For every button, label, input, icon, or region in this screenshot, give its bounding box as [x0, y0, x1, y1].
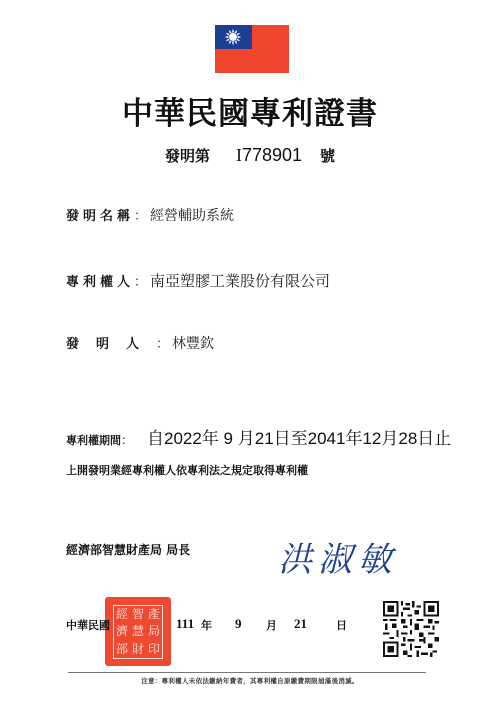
inventor-value: 林豐欽: [172, 333, 214, 353]
footer-note: 注意：專利權人未依法繳納年費者，其專利權自原繳費期限屆滿後消滅。: [0, 676, 500, 685]
issue-date-day: 21: [294, 616, 307, 632]
flag-canton: [215, 25, 252, 49]
issue-date-year: 111: [176, 616, 194, 632]
patent-term-colon: ：: [121, 431, 133, 448]
seal-char: 部: [114, 641, 130, 658]
issue-date: 中華民國 111 年 9 月 21 日: [66, 617, 366, 635]
seal-char: 財: [130, 641, 146, 658]
issue-date-month-label: 月: [266, 617, 277, 633]
white-sun-icon: [224, 28, 242, 46]
patentee-colon: ：: [134, 271, 147, 290]
director-signature: 洪淑敏: [278, 532, 398, 581]
patentee-value: 南亞塑膠工業股份有限公司: [150, 270, 330, 291]
patent-term-label: 專利權期間: [66, 432, 121, 448]
patent-number-digits: 778901: [242, 145, 302, 165]
patent-number-suffix: 號: [320, 147, 335, 165]
patent-number-value: I778901: [236, 145, 302, 165]
invention-name-label: 發明名稱: [66, 205, 134, 224]
footer-divider: [68, 672, 426, 673]
field-patentee: 專利權人 ： 南亞塑膠工業股份有限公司: [66, 270, 330, 291]
issue-date-day-label: 日: [336, 617, 347, 633]
issue-date-era: 中華民國: [66, 617, 110, 633]
issuing-authority: 經濟部智慧財產局 局長: [66, 541, 190, 558]
qr-code-icon: [383, 601, 439, 657]
issue-date-year-label: 年: [201, 617, 212, 633]
field-inventor: 發明人 ： 林豐欽: [66, 333, 214, 353]
grant-statement: 上開發明業經專利權人依專利法之規定取得專利權: [66, 462, 308, 478]
patentee-label: 專利權人: [66, 271, 134, 290]
roc-flag-icon: [215, 25, 289, 73]
inventor-label: 發明人: [66, 333, 156, 352]
issue-date-month: 9: [235, 616, 242, 632]
patent-term: 專利權期間 ： 自2022年 9 月21日至2041年12月28日止: [66, 424, 451, 449]
patent-number: 發明第I778901號: [0, 145, 500, 166]
inventor-colon: ：: [156, 333, 169, 352]
patent-number-prefix: 發明第: [165, 147, 210, 165]
invention-name-colon: ：: [134, 205, 147, 224]
invention-name-value: 經營輔助系統: [150, 205, 234, 225]
field-invention-name: 發明名稱 ： 經營輔助系統: [66, 205, 234, 225]
patent-term-value: 自2022年 9 月21日至2041年12月28日止: [147, 424, 451, 449]
seal-char: 印: [146, 641, 162, 658]
certificate-title: 中華民國專利證書: [0, 88, 500, 133]
